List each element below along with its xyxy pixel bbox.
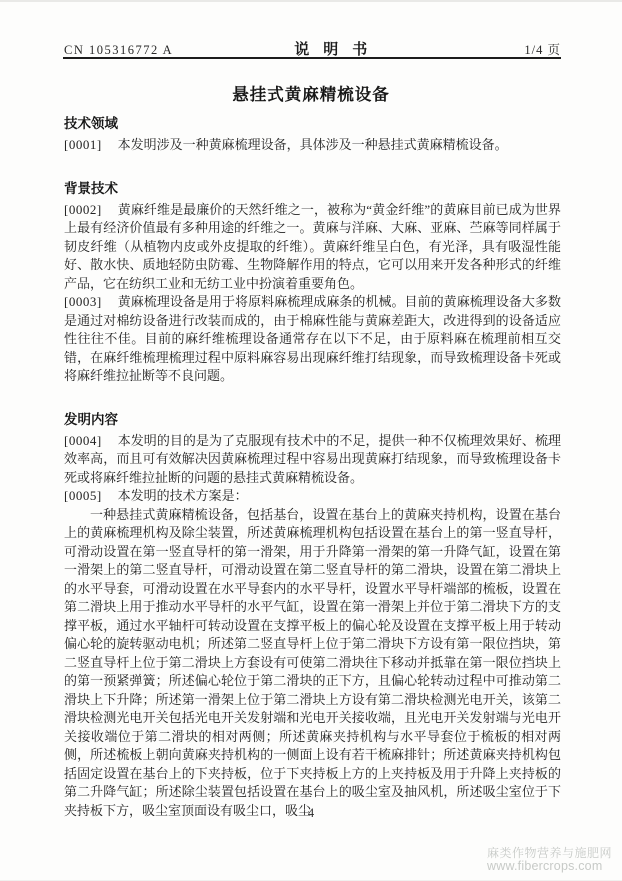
paragraph-text: 本发明的目的是为了克服现有技术中的不足，提供一种不仅梳理效果好、梳理效率高，而且…: [64, 433, 561, 485]
paragraph-0005: [0005]本发明的技术方案是：: [64, 487, 561, 506]
paragraph-text: 一种悬挂式黄麻精梳设备，包括基台，设置在基台上的黄麻夹持机构，设置在基台上的黄麻…: [64, 507, 561, 818]
watermark: 麻类作物营养与施肥网 www.fibercrops.com: [487, 847, 619, 872]
page-number: 4: [0, 806, 622, 821]
paragraph-technical-scheme: 一种悬挂式黄麻精梳设备，包括基台，设置在基台上的黄麻夹持机构，设置在基台上的黄麻…: [64, 506, 561, 821]
page-header: CN 105316772 A 说明书 1/4 页: [64, 38, 561, 59]
paragraph-tag: [0004]: [64, 433, 102, 448]
section-summary-of-invention: 发明内容 [0004]本发明的目的是为了克服现有技术中的不足，提供一种不仅梳理效…: [64, 410, 561, 821]
paragraph-tag: [0001]: [64, 137, 102, 152]
paragraph-tag: [0003]: [64, 294, 102, 309]
patent-document-page: CN 105316772 A 说明书 1/4 页 悬挂式黄麻精梳设备 技术领域 …: [0, 0, 622, 881]
section-heading: 发明内容: [64, 410, 561, 430]
watermark-site-url: www.fibercrops.com: [487, 860, 619, 873]
specification-body: 技术领域 [0001]本发明涉及一种黄麻梳理设备，具体涉及一种悬挂式黄麻精梳设备…: [64, 114, 561, 820]
section-technical-field: 技术领域 [0001]本发明涉及一种黄麻梳理设备，具体涉及一种悬挂式黄麻精梳设备…: [64, 114, 561, 155]
publication-number: CN 105316772 A: [64, 43, 173, 58]
paragraph-text: 本发明的技术方案是：: [118, 488, 248, 503]
paragraph-text: 黄麻纤维是最廉价的天然纤维之一，被称为“黄金纤维”的黄麻目前已成为世界上最有经济…: [64, 202, 561, 291]
watermark-site-name: 麻类作物营养与施肥网: [487, 847, 619, 860]
section-background-art: 背景技术 [0002]黄麻纤维是最廉价的天然纤维之一，被称为“黄金纤维”的黄麻目…: [64, 179, 561, 386]
paragraph-text: 黄麻梳理设备是用于将原料麻梳理成麻条的机械。目前的黄麻梳理设备大多数是通过对棉纺…: [64, 294, 561, 383]
section-heading: 技术领域: [64, 114, 561, 134]
paragraph-0001: [0001]本发明涉及一种黄麻梳理设备，具体涉及一种悬挂式黄麻精梳设备。: [64, 136, 561, 155]
paragraph-0002: [0002]黄麻纤维是最廉价的天然纤维之一，被称为“黄金纤维”的黄麻目前已成为世…: [64, 201, 561, 294]
paragraph-0003: [0003]黄麻梳理设备是用于将原料麻梳理成麻条的机械。目前的黄麻梳理设备大多数…: [64, 293, 561, 386]
invention-title: 悬挂式黄麻精梳设备: [0, 81, 622, 105]
document-type-label: 说明书: [294, 38, 381, 59]
paragraph-tag: [0002]: [64, 202, 102, 217]
paragraph-text: 本发明涉及一种黄麻梳理设备，具体涉及一种悬挂式黄麻精梳设备。: [118, 137, 508, 152]
header-rule: [63, 57, 561, 59]
section-heading: 背景技术: [64, 179, 561, 199]
paragraph-tag: [0005]: [64, 488, 102, 503]
paragraph-0004: [0004]本发明的目的是为了克服现有技术中的不足，提供一种不仅梳理效果好、梳理…: [64, 432, 561, 488]
page-indicator: 1/4 页: [524, 40, 561, 58]
